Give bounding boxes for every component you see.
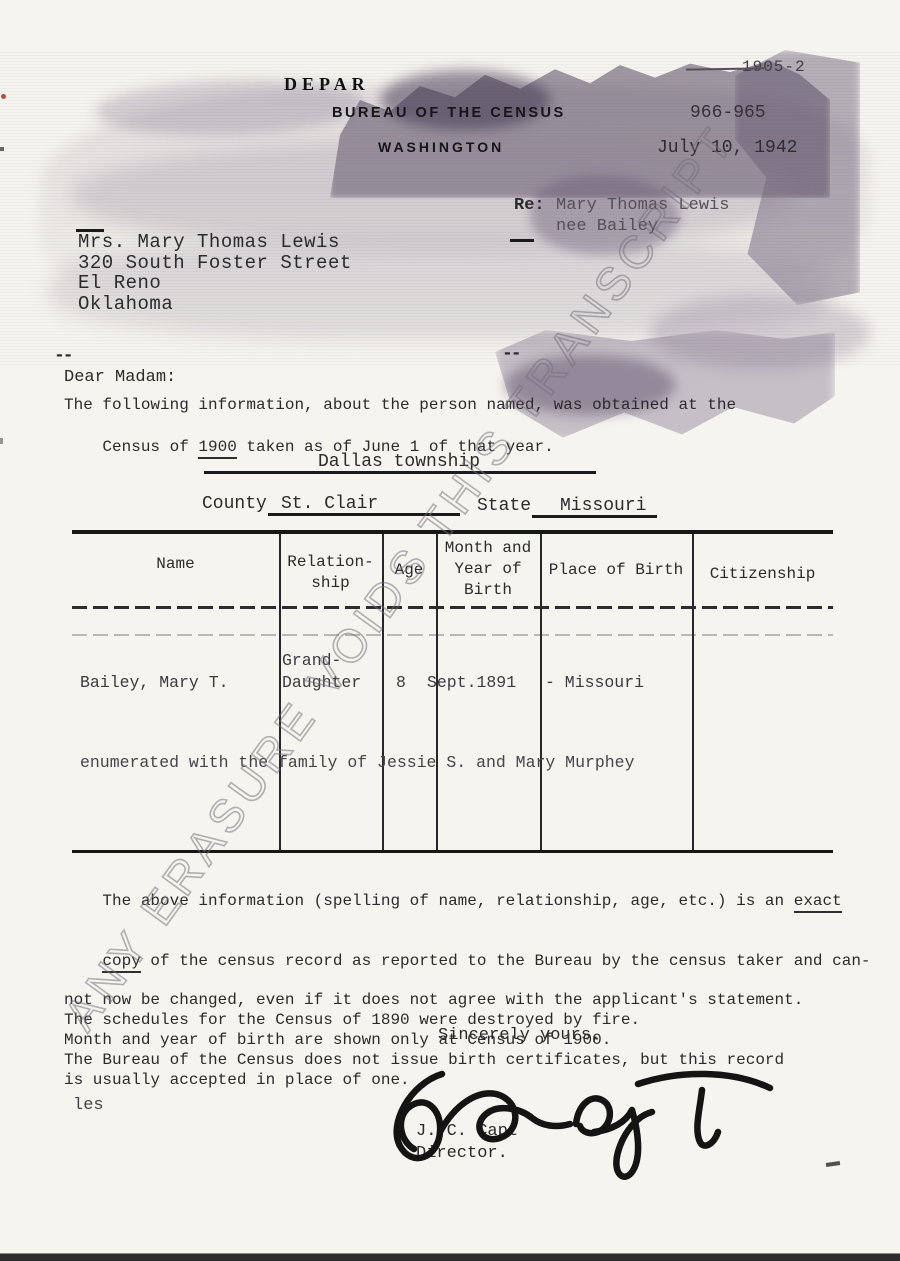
state-rule (532, 515, 657, 518)
recipient-address: Mrs. Mary Thomas Lewis 320 South Foster … (78, 232, 352, 314)
intro-line-1: The following information, about the per… (64, 395, 736, 416)
row-place: - Missouri (545, 672, 644, 694)
dash-mark-left: -- (54, 346, 72, 368)
table-header-citizenship: Citizenship (692, 564, 833, 585)
paper-speck-dark (0, 147, 4, 151)
paper-speck-red (1, 94, 6, 99)
body-exact-underlined: exact (794, 892, 842, 913)
column-divider (540, 534, 542, 850)
address-line: 320 South Foster Street (78, 253, 352, 274)
letterhead-department: DEPAR (284, 74, 370, 96)
address-line: Mrs. Mary Thomas Lewis (78, 232, 352, 253)
letterhead-bureau: BUREAU OF THE CENSUS (332, 105, 566, 122)
scanline-texture (0, 52, 900, 367)
table-header-place: Place of Birth (540, 560, 692, 581)
body-l2-post: of the census record as reported to the … (141, 952, 871, 970)
re-underscore (510, 239, 534, 242)
intro-line2-pre: Census of (102, 438, 198, 456)
closing-valediction: Sincerely yours, (438, 1026, 601, 1046)
paper-speck-left (0, 438, 3, 444)
letterhead-city: WASHINGTON (378, 139, 504, 156)
body-line-3: not now be changed, even if it does not … (64, 991, 871, 1011)
row-birth: Sept.1891 (427, 672, 516, 694)
row-name: Bailey, Mary T. (80, 672, 229, 694)
salutation: Dear Madam: (64, 368, 176, 388)
header-rule-dashed (72, 606, 833, 609)
dash-mark-right: -- (502, 344, 520, 366)
table-note: enumerated with the family of Jessie S. … (80, 752, 635, 774)
typist-initials: les (73, 1096, 104, 1116)
address-line: El Reno (78, 273, 352, 294)
scan-edge-bottom (0, 1253, 900, 1261)
signature-script (380, 1046, 780, 1186)
row-age: 8 (396, 672, 406, 694)
re-label: Re: (514, 196, 545, 216)
census-year-underlined: 1900 (198, 438, 236, 459)
faint-row-rule (72, 634, 833, 636)
county-label: County (202, 494, 267, 516)
table-header-name: Name (72, 554, 279, 575)
address-line: Oklahoma (78, 294, 352, 315)
